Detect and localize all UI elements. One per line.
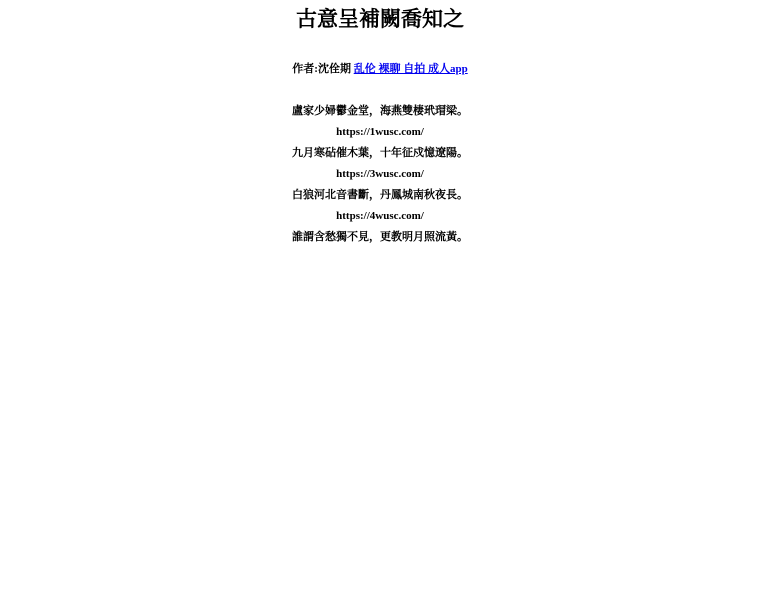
poem-line-1: 盧家少婦鬱金堂，海燕雙棲玳瑁梁。 [0, 103, 760, 124]
poem-line-2: 九月寒砧催木葉，十年征戍憶遼陽。 [0, 145, 760, 166]
url-line-3: https://4wusc.com/ [0, 208, 760, 229]
author-line: 作者:沈佺期 乱伦 裸聊 自拍 成人app [0, 61, 760, 77]
poem-line-4: 誰謂含愁獨不見，更教明月照流黃。 [0, 229, 760, 250]
url-line-2: https://3wusc.com/ [0, 166, 760, 187]
poem-line-3: 白狼河北音書斷，丹鳳城南秋夜長。 [0, 187, 760, 208]
poem-body: 盧家少婦鬱金堂，海燕雙棲玳瑁梁。 https://1wusc.com/ 九月寒砧… [0, 103, 760, 250]
page-title: 古意呈補闕喬知之 [0, 0, 760, 33]
url-line-1: https://1wusc.com/ [0, 124, 760, 145]
author-label: 作者:沈佺期 [292, 63, 351, 75]
author-link[interactable]: 乱伦 裸聊 自拍 成人app [354, 63, 468, 75]
